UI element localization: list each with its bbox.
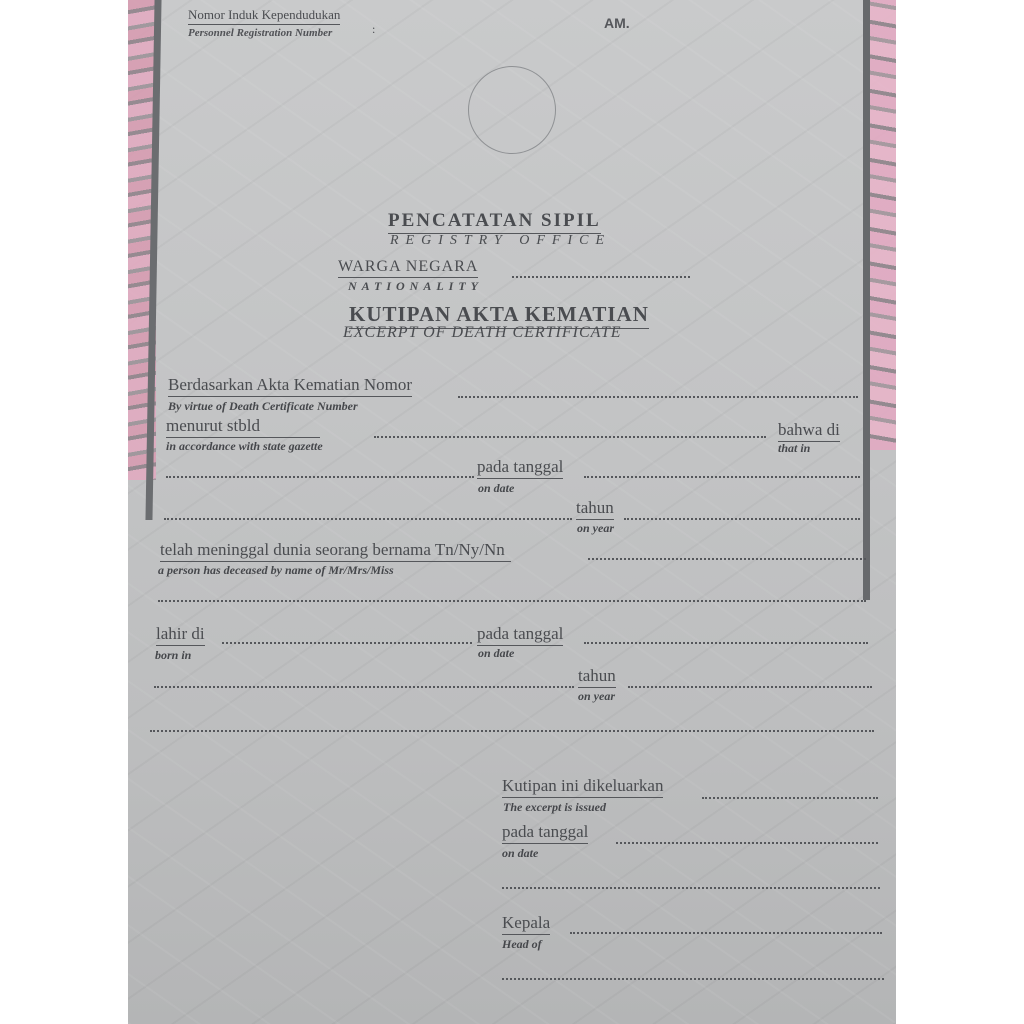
issued-date-label-en: on date [502,846,538,861]
birth-date-field[interactable] [584,642,868,644]
place-label-en: that in [778,441,810,456]
birth-year-label: tahun [578,666,616,688]
office-title-en: REGISTRY OFFICE [390,233,611,249]
deceased-name-continued-field[interactable] [158,600,866,602]
certificate-sheet: Nomor Induk Kependudukan Personnel Regis… [128,0,896,1024]
death-year-field[interactable] [624,518,860,520]
birth-date-continued-field[interactable] [154,686,574,688]
cert-number-label: Berdasarkan Akta Kematian Nomor [168,375,412,397]
death-date-label-en: on date [478,481,514,496]
death-year-label-en: on year [577,521,614,536]
birth-date-label-en: on date [478,646,514,661]
birth-date-label: pada tanggal [477,624,563,646]
stbld-label-en: in accordance with state gazette [166,439,323,454]
place-label: bahwa di [778,420,840,442]
head-of-field[interactable] [570,932,882,934]
issued-at-field[interactable] [702,797,878,799]
deceased-name-label-en: a person has deceased by name of Mr/Mrs/… [158,563,394,578]
issued-date-field[interactable] [616,842,878,844]
nationality-label: WARGA NEGARA [338,258,478,278]
seal-circle [468,66,556,154]
cert-number-field[interactable] [458,396,858,398]
birth-place-label-en: born in [155,648,191,663]
nationality-field[interactable] [512,276,690,278]
deceased-name-label: telah meninggal dunia seorang bernama Tn… [160,540,511,562]
head-of-label: Kepala [502,913,550,935]
border-rule-right [863,0,870,600]
stbld-field[interactable] [374,436,766,438]
issued-at-label-en: The excerpt is issued [503,800,606,815]
document-title-en: EXCERPT OF DEATH CERTIFICATE [343,324,622,342]
death-date-label: pada tanggal [477,457,563,479]
issued-date-label: pada tanggal [502,822,588,844]
nik-label: Nomor Induk Kependudukan [188,7,340,25]
nik-colon: : [372,22,375,37]
nationality-label-en: NATIONALITY [348,279,483,294]
signature-field[interactable] [502,978,884,980]
death-year-label: tahun [576,498,614,520]
deceased-name-field[interactable] [588,558,866,560]
nik-label-en: Personnel Registration Number [188,27,332,39]
additional-notes-field[interactable] [150,730,874,732]
birth-place-label: lahir di [156,624,205,646]
cert-number-label-en: By virtue of Death Certificate Number [168,399,358,414]
birth-place-field[interactable] [222,642,472,644]
office-title: PENCATATAN SIPIL [388,210,601,234]
birth-year-label-en: on year [578,689,615,704]
death-date-continued-field[interactable] [164,518,572,520]
issued-date-continued-field[interactable] [502,887,880,889]
place-field[interactable] [166,476,474,478]
stbld-label: menurut stbld [166,416,320,438]
decorative-border-right [868,0,896,450]
head-of-label-en: Head of [502,937,542,952]
birth-year-field[interactable] [628,686,872,688]
issued-at-label: Kutipan ini dikeluarkan [502,776,663,798]
certificate-code: AM. [604,15,630,31]
death-date-field[interactable] [584,476,860,478]
